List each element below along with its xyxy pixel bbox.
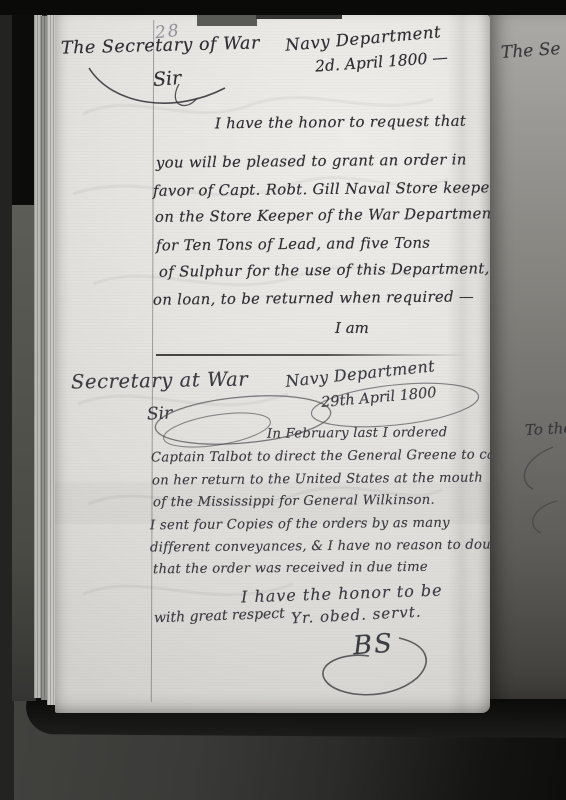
letter1-date: 2d. April 1800 — [315, 48, 449, 75]
letter1-line: favor of Capt. Robt. Gill Naval Store ke… [153, 179, 490, 200]
letter2-line: of the Mississippi for General Wilkinson… [153, 493, 435, 510]
scanned-manuscript: The Se To the 28 The Secretary of War Si… [0, 0, 566, 800]
ink-flourish [503, 441, 566, 541]
letter2-line: I sent four Copies of the orders by as m… [150, 516, 450, 534]
letter2-line: different conveyances, & I have no reaso… [150, 537, 490, 555]
facing-page-text-fragment: The Se [500, 39, 561, 63]
letter2-line: In February last I ordered [267, 425, 448, 442]
letter1-line: for Ten Tons of Lead, and five Tons [156, 235, 430, 255]
letter1-closing: I am [335, 319, 369, 337]
scanner-top-band [0, 0, 566, 15]
letter1-line: on loan, to be returned when required — [153, 288, 474, 308]
ink-flourish [83, 54, 253, 116]
book-cover-left-dark [12, 10, 36, 208]
facing-page-text-fragment: To the [525, 419, 566, 439]
letter1-line: on the Store Keeper of the War Departmen… [155, 205, 490, 226]
letter2-line: on her return to the United States at th… [152, 471, 483, 489]
manuscript-page: 28 The Secretary of War Sir Navy Departm… [55, 14, 490, 713]
facing-page: The Se To the [489, 15, 566, 699]
ink-flourish [135, 390, 335, 458]
signature-flourish [303, 626, 473, 712]
letter2-line: Captain Talbot to direct the General Gre… [151, 447, 490, 465]
letter1-line: you will be pleased to grant an order in [156, 151, 467, 171]
book-cover-left-lit [12, 205, 36, 701]
letter1-line: of Sulphur for the use of this Departmen… [159, 260, 490, 280]
letter1-line: I have the honor to request that [215, 113, 466, 133]
letter2-line: that the order was received in due time [153, 560, 428, 577]
letters-divider-rule [156, 354, 468, 356]
